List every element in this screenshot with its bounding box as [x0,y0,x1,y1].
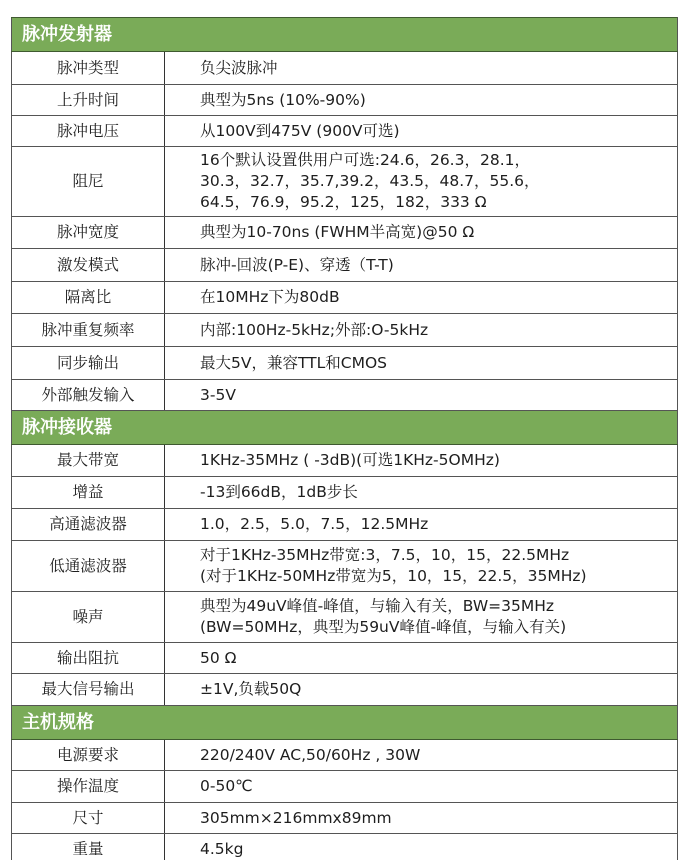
row-label: 增益 [12,477,165,509]
table-row: 最大信号输出 ±1V,负载50Q [12,674,678,706]
value-line: 对于1KHz-35MHz带宽:3，7.5，10，15，22.5MHz [200,545,677,566]
section-title: 脉冲发射器 [12,18,678,52]
value-line: 最大5V，兼容TTL和CMOS [200,353,677,374]
table-row: 脉冲类型 负尖波脉冲 [12,52,678,85]
row-value: 脉冲-回波(P-E)、穿透（T-T) [165,249,678,282]
row-value: -13到66dB，1dB步长 [165,477,678,509]
value-line: 305mm×216mmx89mm [200,808,677,829]
value-line: 220/240V AC,50/60Hz , 30W [200,745,677,766]
table-row: 隔离比 在10MHz下为80dB [12,282,678,314]
row-label: 低通滤波器 [12,541,165,592]
row-value: 内部:100Hz-5kHz;外部:O-5kHz [165,314,678,347]
row-label: 高通滤波器 [12,509,165,541]
table-row: 增益 -13到66dB，1dB步长 [12,477,678,509]
row-label: 噪声 [12,592,165,643]
row-value: 220/240V AC,50/60Hz , 30W [165,740,678,771]
row-value: 4.5kg [165,834,678,860]
value-line: 50 Ω [200,648,677,669]
row-value: ±1V,负载50Q [165,674,678,706]
row-label: 输出阻抗 [12,643,165,674]
table-row: 激发模式 脉冲-回波(P-E)、穿透（T-T) [12,249,678,282]
value-line: 典型为5ns (10%-90%) [200,90,677,111]
row-label: 电源要求 [12,740,165,771]
row-label: 激发模式 [12,249,165,282]
value-line: (对于1KHz-50MHz带宽为5，10，15，22.5，35MHz) [200,566,677,587]
row-value: 16个默认设置供用户可选:24.6，26.3，28.1， 30.3，32.7，3… [165,147,678,217]
row-label: 外部触发输入 [12,380,165,411]
table-row: 最大带宽 1KHz-35MHz ( -3dB)(可选1KHz-5OMHz) [12,445,678,477]
section-header-host: 主机规格 [12,706,678,740]
section-header-receiver: 脉冲接收器 [12,411,678,445]
value-line: 在10MHz下为80dB [200,287,677,308]
table-row: 电源要求 220/240V AC,50/60Hz , 30W [12,740,678,771]
row-label: 尺寸 [12,803,165,834]
value-line: 3-5V [200,385,677,406]
table-row: 操作温度 0-50℃ [12,771,678,803]
value-line: -13到66dB，1dB步长 [200,482,677,503]
value-line: 内部:100Hz-5kHz;外部:O-5kHz [200,320,677,341]
table-row: 脉冲电压 从100V到475V (900V可选) [12,116,678,147]
row-label: 上升时间 [12,85,165,116]
table-row: 上升时间 典型为5ns (10%-90%) [12,85,678,116]
row-value: 典型为5ns (10%-90%) [165,85,678,116]
row-label: 同步输出 [12,347,165,380]
row-label: 脉冲电压 [12,116,165,147]
value-line: 64.5，76.9，95.2，125，182，333 Ω [200,192,677,213]
table-row: 脉冲宽度 典型为10-70ns (FWHM半高宽)@50 Ω [12,217,678,249]
table-row: 脉冲重复频率 内部:100Hz-5kHz;外部:O-5kHz [12,314,678,347]
table-row: 输出阻抗 50 Ω [12,643,678,674]
section-title: 脉冲接收器 [12,411,678,445]
row-value: 3-5V [165,380,678,411]
table-row: 同步输出 最大5V，兼容TTL和CMOS [12,347,678,380]
value-line: 脉冲-回波(P-E)、穿透（T-T) [200,255,677,276]
row-value: 最大5V，兼容TTL和CMOS [165,347,678,380]
row-value: 305mm×216mmx89mm [165,803,678,834]
table-row: 重量 4.5kg [12,834,678,860]
row-value: 在10MHz下为80dB [165,282,678,314]
row-value: 1KHz-35MHz ( -3dB)(可选1KHz-5OMHz) [165,445,678,477]
row-label: 隔离比 [12,282,165,314]
value-line: 从100V到475V (900V可选) [200,121,677,142]
table-row: 低通滤波器 对于1KHz-35MHz带宽:3，7.5，10，15，22.5MHz… [12,541,678,592]
value-line: (BW=50MHz，典型为59uV峰值-峰值，与输入有关) [200,617,677,638]
value-line: 30.3，32.7，35.7,39.2，43.5，48.7，55.6， [200,171,677,192]
row-label: 操作温度 [12,771,165,803]
row-label: 脉冲重复频率 [12,314,165,347]
table-row: 尺寸 305mm×216mmx89mm [12,803,678,834]
value-line: 0-50℃ [200,776,677,797]
row-label: 最大信号输出 [12,674,165,706]
row-label: 脉冲宽度 [12,217,165,249]
value-line: 典型为10-70ns (FWHM半高宽)@50 Ω [200,222,677,243]
row-value: 1.0，2.5，5.0，7.5，12.5MHz [165,509,678,541]
row-value: 0-50℃ [165,771,678,803]
section-title: 主机规格 [12,706,678,740]
value-line: 4.5kg [200,839,677,860]
value-line: 负尖波脉冲 [200,58,677,79]
table-row: 阻尼 16个默认设置供用户可选:24.6，26.3，28.1， 30.3，32.… [12,147,678,217]
value-line: 16个默认设置供用户可选:24.6，26.3，28.1， [200,150,677,171]
table-row: 噪声 典型为49uV峰值-峰值，与输入有关，BW=35MHz (BW=50MHz… [12,592,678,643]
value-line: ±1V,负载50Q [200,679,677,700]
row-label: 重量 [12,834,165,860]
value-line: 1.0，2.5，5.0，7.5，12.5MHz [200,514,677,535]
value-line: 1KHz-35MHz ( -3dB)(可选1KHz-5OMHz) [200,450,677,471]
row-value: 50 Ω [165,643,678,674]
row-value: 典型为10-70ns (FWHM半高宽)@50 Ω [165,217,678,249]
value-line: 典型为49uV峰值-峰值，与输入有关，BW=35MHz [200,596,677,617]
row-value: 从100V到475V (900V可选) [165,116,678,147]
row-value: 典型为49uV峰值-峰值，与输入有关，BW=35MHz (BW=50MHz，典型… [165,592,678,643]
spec-table: 脉冲发射器 脉冲类型 负尖波脉冲 上升时间 典型为5ns (10%-90%) 脉… [11,17,678,860]
row-value: 负尖波脉冲 [165,52,678,85]
section-header-pulser: 脉冲发射器 [12,18,678,52]
table-row: 高通滤波器 1.0，2.5，5.0，7.5，12.5MHz [12,509,678,541]
row-label: 最大带宽 [12,445,165,477]
row-value: 对于1KHz-35MHz带宽:3，7.5，10，15，22.5MHz (对于1K… [165,541,678,592]
table-row: 外部触发输入 3-5V [12,380,678,411]
row-label: 阻尼 [12,147,165,217]
row-label: 脉冲类型 [12,52,165,85]
